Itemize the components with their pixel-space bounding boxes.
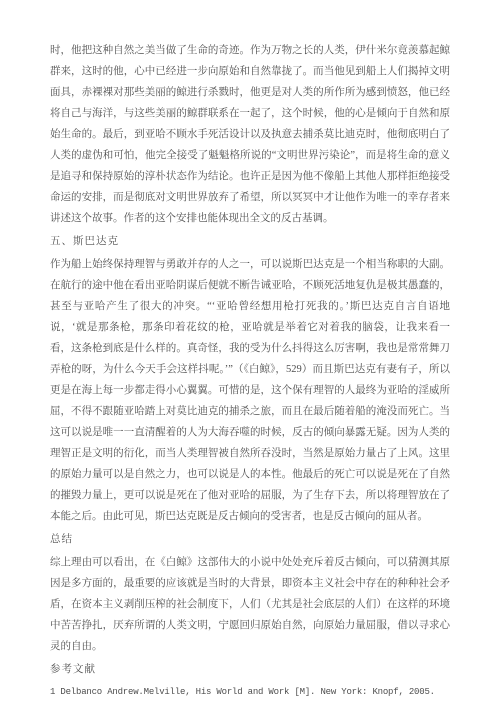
body-paragraph-ishmael: 时，他把这种自然之美当做了生命的奇迹。作为万物之长的人类，伊什米尔竟羡慕起鲸群来…	[50, 40, 450, 229]
section-heading-references: 参考文献	[50, 659, 450, 680]
reference-entry: 1 Delbanco Andrew.Melville, His World an…	[50, 682, 450, 703]
document-page: 时，他把这种自然之美当做了生命的奇迹。作为万物之长的人类，伊什米尔竟羡慕起鲸群来…	[0, 0, 500, 707]
section-heading-summary: 总结	[50, 529, 450, 550]
body-paragraph-starbuck: 作为船上始终保持理智与勇敢并存的人之一，可以说斯巴达克是一个相当称职的大副。在航…	[50, 254, 450, 527]
body-paragraph-summary: 综上理由可以看出，在《白鲸》这部伟大的小说中处处充斥着反古倾向，可以猜测其原因是…	[50, 552, 450, 657]
section-heading-starbuck: 五、斯巴达克	[50, 231, 450, 252]
